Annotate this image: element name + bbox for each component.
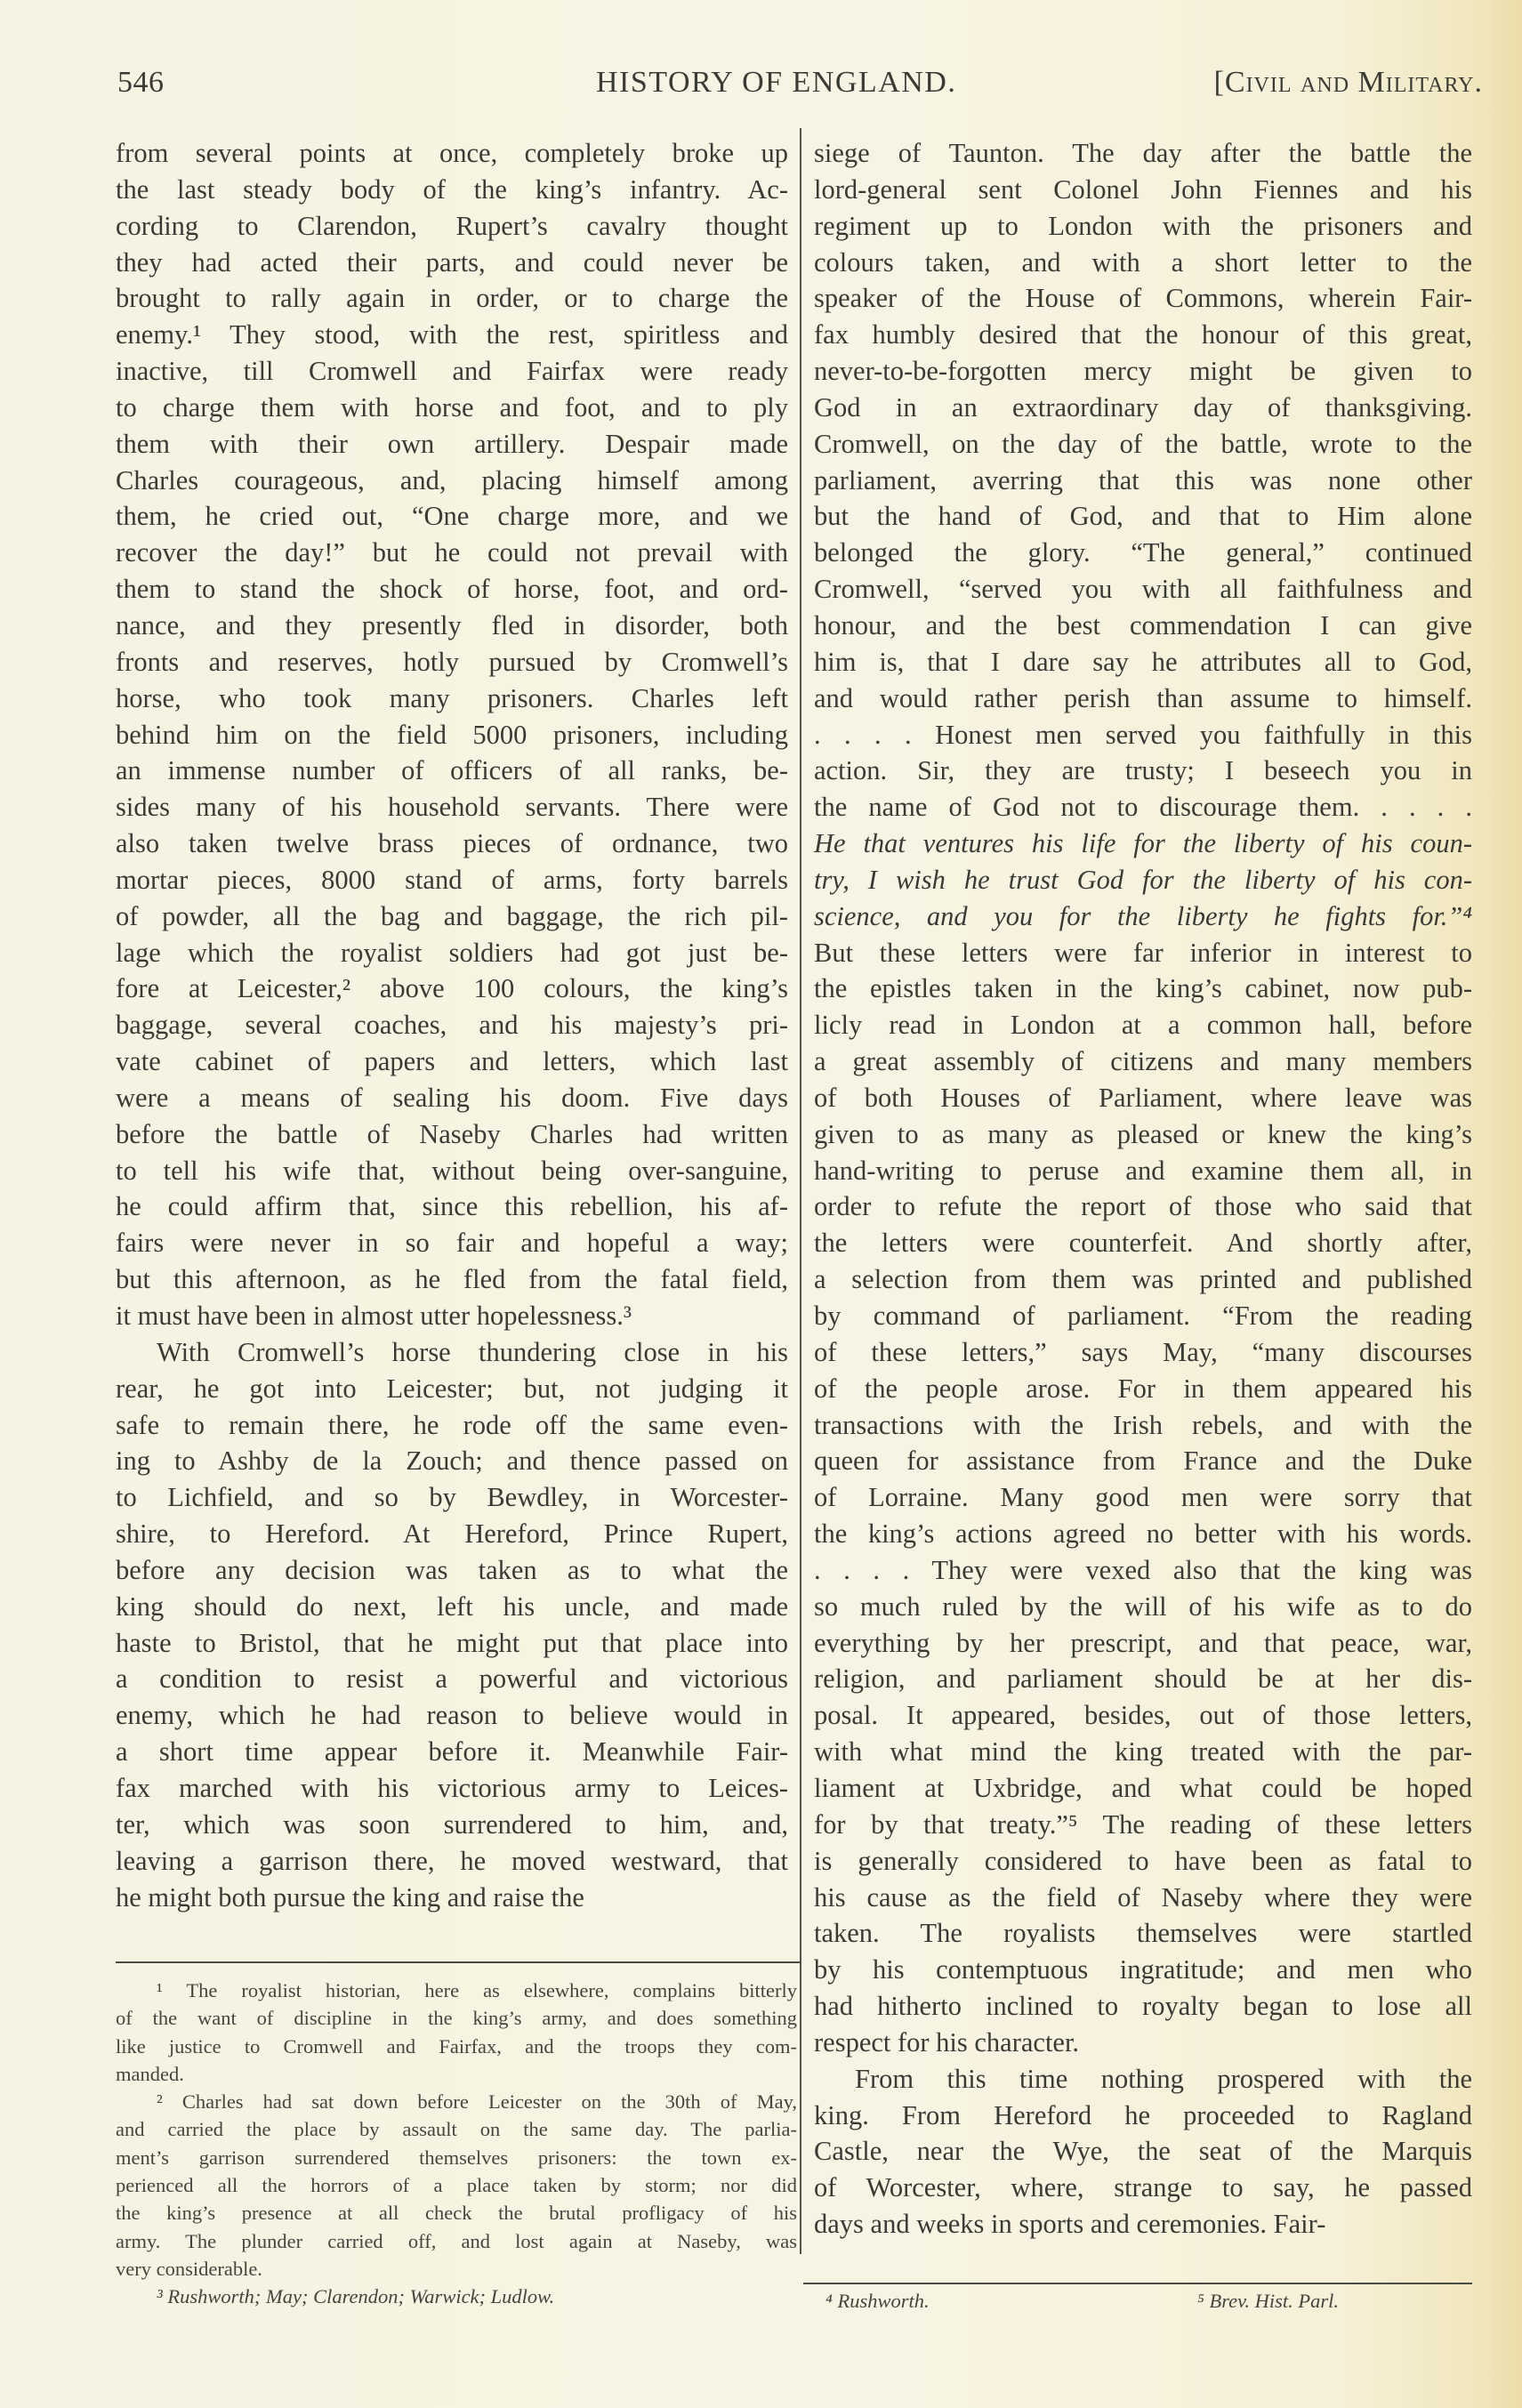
- text-line: for by that treaty.”⁵ The reading of the…: [814, 1807, 1472, 1843]
- text-line: science, and you for the liberty he figh…: [814, 898, 1472, 935]
- footnote-line: ¹ The royalist historian, here as elsewh…: [116, 1977, 797, 2004]
- text-line: But these letters were far inferior in i…: [814, 935, 1472, 971]
- text-line: mortar pieces, 8000 stand of arms, forty…: [116, 862, 788, 898]
- text-line: before the battle of Naseby Charles had …: [116, 1116, 788, 1153]
- text-line: enemy.¹ They stood, with the rest, spiri…: [116, 317, 788, 353]
- text-line: fax humbly desired that the honour of th…: [814, 317, 1472, 353]
- text-line: inactive, till Cromwell and Fairfax were…: [116, 353, 788, 390]
- text-line: fairs were never in so fair and hopeful …: [116, 1225, 788, 1261]
- text-line: licly read in London at a common hall, b…: [814, 1007, 1472, 1043]
- footnote-5: ⁵ Brev. Hist. Parl.: [1197, 2290, 1339, 2313]
- text-line: With Cromwell’s horse thundering close i…: [116, 1334, 788, 1371]
- text-line: hand-writing to peruse and examine them …: [814, 1153, 1472, 1189]
- text-line: to tell his wife that, without being ove…: [116, 1153, 788, 1189]
- text-line: rear, he got into Leicester; but, not ju…: [116, 1371, 788, 1407]
- text-line: . . . . They were vexed also that the ki…: [814, 1552, 1472, 1589]
- text-line: speaker of the House of Commons, wherein…: [814, 280, 1472, 317]
- text-line: belonged the glory. “The general,” conti…: [814, 535, 1472, 571]
- footnote-4: ⁴ Rushworth.: [825, 2290, 930, 2313]
- footnote-line: and carried the place by assault on the …: [116, 2115, 797, 2143]
- text-line: lage which the royalist soldiers had got…: [116, 935, 788, 971]
- text-line: regiment up to London with the prisoners…: [814, 208, 1472, 245]
- text-line: nance, and they presently fled in disord…: [116, 608, 788, 644]
- footnote-line: ment’s garrison surrendered themselves p…: [116, 2144, 797, 2171]
- text-line: it must have been in almost utter hopele…: [116, 1298, 788, 1334]
- text-line: Cromwell, on the day of the battle, wrot…: [814, 426, 1472, 463]
- text-line: shire, to Hereford. At Hereford, Prince …: [116, 1516, 788, 1552]
- text-line: taken. The royalists themselves were sta…: [814, 1915, 1472, 1952]
- text-line: from several points at once, completely …: [116, 135, 788, 172]
- text-line: a great assembly of citizens and many me…: [814, 1043, 1472, 1080]
- text-line: the epistles taken in the king’s cabinet…: [814, 970, 1472, 1007]
- text-line: order to refute the report of those who …: [814, 1188, 1472, 1225]
- text-line: haste to Bristol, that he might put that…: [116, 1625, 788, 1662]
- footnote-line: of the want of discipline in the king’s …: [116, 2004, 797, 2032]
- text-line: king should do next, left his uncle, and…: [116, 1589, 788, 1625]
- text-line: posal. It appeared, besides, out of thos…: [814, 1697, 1472, 1734]
- text-line: them to stand the shock of horse, foot, …: [116, 571, 788, 608]
- text-line: honour, and the best commendation I can …: [814, 608, 1472, 644]
- text-line: a short time appear before it. Meanwhile…: [116, 1734, 788, 1770]
- footnote-line: very considerable.: [116, 2255, 797, 2283]
- text-line: everything by her prescript, and that pe…: [814, 1625, 1472, 1662]
- text-line: Castle, near the Wye, the seat of the Ma…: [814, 2133, 1472, 2170]
- text-line: of Lorraine. Many good men were sorry th…: [814, 1479, 1472, 1516]
- text-line: . . . . Honest men served you faithfully…: [814, 717, 1472, 753]
- text-line: try, I wish he trust God for the liberty…: [814, 862, 1472, 898]
- text-line: fax marched with his victorious army to …: [116, 1770, 788, 1807]
- text-line: ing to Ashby de la Zouch; and thence pas…: [116, 1443, 788, 1479]
- text-line: the letters were counterfeit. And shortl…: [814, 1225, 1472, 1261]
- text-line: so much ruled by the will of his wife as…: [814, 1589, 1472, 1625]
- text-line: God in an extraordinary day of thanksgiv…: [814, 390, 1472, 426]
- text-line: From this time nothing prospered with th…: [814, 2061, 1472, 2098]
- text-line: him is, that I dare say he attributes al…: [814, 644, 1472, 681]
- footnote-rule-right: [803, 2283, 1472, 2284]
- text-line: liament at Uxbridge, and what could be h…: [814, 1770, 1472, 1807]
- running-header: 546 HISTORY OF ENGLAND. [Civil and Milit…: [117, 66, 1483, 110]
- text-line: they had acted their parts, and could ne…: [116, 245, 788, 281]
- footnote-line: perienced all the horrors of a place tak…: [116, 2171, 797, 2199]
- footnote-line: the king’s presence at all check the bru…: [116, 2199, 797, 2227]
- text-line: were a means of sealing his doom. Five d…: [116, 1080, 788, 1116]
- text-line: never-to-be-forgotten mercy might be giv…: [814, 353, 1472, 390]
- text-line: safe to remain there, he rode off the sa…: [116, 1407, 788, 1444]
- text-line: colours taken, and with a short letter t…: [814, 245, 1472, 281]
- text-line: his cause as the field of Naseby where t…: [814, 1880, 1472, 1916]
- text-line: he might both pursue the king and raise …: [116, 1880, 788, 1916]
- text-line: of powder, all the bag and baggage, the …: [116, 898, 788, 935]
- text-line: also taken twelve brass pieces of ordnan…: [116, 825, 788, 862]
- text-line: respect for his character.: [814, 2025, 1472, 2061]
- text-line: action. Sir, they are trusty; I beseech …: [814, 753, 1472, 789]
- text-line: ter, which was soon surrendered to him, …: [116, 1807, 788, 1843]
- text-line: the king’s actions agreed no better with…: [814, 1516, 1472, 1552]
- text-line: vate cabinet of papers and letters, whic…: [116, 1043, 788, 1080]
- text-line: and would rather perish than assume to h…: [814, 681, 1472, 717]
- column-divider: [800, 128, 801, 2254]
- text-line: sides many of his household servants. Th…: [116, 789, 788, 825]
- text-line: siege of Taunton. The day after the batt…: [814, 135, 1472, 172]
- footnote-line: manded.: [116, 2060, 797, 2088]
- text-line: parliament, averring that this was none …: [814, 463, 1472, 499]
- text-line: of these letters,” says May, “many disco…: [814, 1334, 1472, 1371]
- text-line: a selection from them was printed and pu…: [814, 1261, 1472, 1298]
- right-column: siege of Taunton. The day after the batt…: [814, 135, 1472, 2243]
- text-line: but this afternoon, as he fled from the …: [116, 1261, 788, 1298]
- text-line: days and weeks in sports and ceremonies.…: [814, 2206, 1472, 2243]
- text-line: by command of parliament. “From the read…: [814, 1298, 1472, 1334]
- text-line: the name of God not to discourage them. …: [814, 789, 1472, 825]
- text-line: enemy, which he had reason to believe wo…: [116, 1697, 788, 1734]
- text-line: he could affirm that, since this rebelli…: [116, 1188, 788, 1225]
- text-line: a condition to resist a powerful and vic…: [116, 1661, 788, 1697]
- text-line: brought to rally again in order, or to c…: [116, 280, 788, 317]
- text-line: but the hand of God, and that to Him alo…: [814, 498, 1472, 535]
- text-line: the last steady body of the king’s infan…: [116, 172, 788, 208]
- left-column: from several points at once, completely …: [116, 135, 788, 1915]
- footnote-line: ² Charles had sat down before Leicester …: [116, 2088, 797, 2115]
- text-line: to charge them with horse and foot, and …: [116, 390, 788, 426]
- text-line: to Lichfield, and so by Bewdley, in Worc…: [116, 1479, 788, 1516]
- text-line: religion, and parliament should be at he…: [814, 1661, 1472, 1697]
- footnote-rule-left: [116, 1961, 801, 1963]
- text-line: Charles courageous, and, placing himself…: [116, 463, 788, 499]
- text-line: of Worcester, where, strange to say, he …: [814, 2170, 1472, 2206]
- section-heading: [Civil and Military.: [1214, 66, 1483, 100]
- running-title: HISTORY OF ENGLAND.: [596, 66, 956, 100]
- text-line: king. From Hereford he proceeded to Ragl…: [814, 2098, 1472, 2134]
- text-line: of the people arose. For in them appeare…: [814, 1371, 1472, 1407]
- text-line: of both Houses of Parliament, where leav…: [814, 1080, 1472, 1116]
- text-line: horse, who took many prisoners. Charles …: [116, 681, 788, 717]
- text-line: cording to Clarendon, Rupert’s cavalry t…: [116, 208, 788, 245]
- text-line: had hitherto inclined to royalty began t…: [814, 1988, 1472, 2025]
- text-line: by his contemptuous ingratitude; and men…: [814, 1952, 1472, 1988]
- text-line: an immense number of officers of all ran…: [116, 753, 788, 789]
- text-line: is generally considered to have been as …: [814, 1843, 1472, 1880]
- footnote-line: like justice to Cromwell and Fairfax, an…: [116, 2033, 797, 2060]
- text-line: before any decision was taken as to what…: [116, 1552, 788, 1589]
- text-line: behind him on the field 5000 prisoners, …: [116, 717, 788, 753]
- text-line: fronts and reserves, hotly pursued by Cr…: [116, 644, 788, 681]
- text-line: them, he cried out, “One charge more, an…: [116, 498, 788, 535]
- text-line: fore at Leicester,² above 100 colours, t…: [116, 970, 788, 1007]
- text-line: recover the day!” but he could not preva…: [116, 535, 788, 571]
- text-line: Cromwell, “served you with all faithfuln…: [814, 571, 1472, 608]
- text-line: with what mind the king treated with the…: [814, 1734, 1472, 1770]
- page-number: 546: [117, 66, 165, 100]
- text-line: leaving a garrison there, he moved westw…: [116, 1843, 788, 1880]
- text-line: lord-general sent Colonel John Fiennes a…: [814, 172, 1472, 208]
- footnotes-left: ¹ The royalist historian, here as elsewh…: [116, 1977, 797, 2311]
- text-line: queen for assistance from France and the…: [814, 1443, 1472, 1479]
- text-line: He that ventures his life for the libert…: [814, 825, 1472, 862]
- text-line: them with their own artillery. Despair m…: [116, 426, 788, 463]
- text-line: given to as many as pleased or knew the …: [814, 1116, 1472, 1153]
- footnote-line: army. The plunder carried off, and lost …: [116, 2227, 797, 2255]
- footnote-line: ³ Rushworth; May; Clarendon; Warwick; Lu…: [116, 2283, 797, 2310]
- text-line: transactions with the Irish rebels, and …: [814, 1407, 1472, 1444]
- text-line: baggage, several coaches, and his majest…: [116, 1007, 788, 1043]
